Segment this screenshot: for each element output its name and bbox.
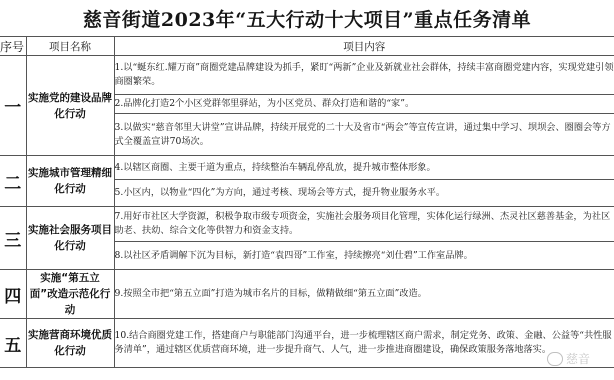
row-number: 二 [0, 156, 26, 207]
project-item: 1.以“蜒东红.耀万商”商圈党建品牌建设为抓手，紧盯“两新”企业及新就业社会群体… [114, 56, 614, 95]
project-name: 实施“第五立面”改造示范化行动 [26, 270, 114, 319]
table-row: 二 实施城市管理精细化行动 4.以辖区商圈、主要干道为重点，持续整治车辆乱停乱放… [0, 156, 614, 180]
table-row: 三 实施社会服务项目化行动 7.用好市社区大学资源，积极争取市级专项资金，实施社… [0, 207, 614, 242]
table-row: 四 实施“第五立面”改造示范化行动 9.按照全市把“第五立面”打造为城市名片的目… [0, 270, 614, 319]
project-item: 3.以做实“慈音邻里大讲堂”宣讲品牌，持续开展党的二十大及省市“两会”等宣传宣讲… [114, 114, 614, 156]
table-header-row: 序号 项目名称 项目内容 [0, 37, 614, 56]
project-name: 实施城市管理精细化行动 [26, 156, 114, 207]
project-item: 9.按照全市把“第五立面”打造为城市名片的目标，做精做细“第五立面”改造。 [114, 270, 614, 319]
project-name: 实施社会服务项目化行动 [26, 207, 114, 270]
project-item: 10.结合商圈党建工作，搭建商户与职能部门沟通平台，进一步梳理辖区商户需求，制定… [114, 319, 614, 368]
project-item: 8.以社区矛盾调解下沉为目标，新打造“袁四哥”工作室，持续擦亮“刘仕碧”工作室品… [114, 242, 614, 270]
task-table: 序号 项目名称 项目内容 一 实施党的建设品牌化行动 1.以“蜒东红.耀万商”商… [0, 36, 614, 368]
project-item: 7.用好市社区大学资源，积极争取市级专项资金，实施社会服务项目化管理，实体化运行… [114, 207, 614, 242]
row-number: 五 [0, 319, 26, 368]
header-no: 序号 [0, 37, 26, 56]
row-number: 四 [0, 270, 26, 319]
table-row: 一 实施党的建设品牌化行动 1.以“蜒东红.耀万商”商圈党建品牌建设为抓手，紧盯… [0, 56, 614, 95]
wechat-icon [547, 352, 563, 366]
table-row: 五 实施营商环境优质化行动 10.结合商圈党建工作，搭建商户与职能部门沟通平台，… [0, 319, 614, 368]
row-number: 三 [0, 207, 26, 270]
project-item: 5.小区内，以物业“四化”为方向，通过考核、现场会等方式，提升物业服务水平。 [114, 180, 614, 207]
watermark: 慈音 [547, 350, 590, 367]
project-item: 4.以辖区商圈、主要干道为重点，持续整治车辆乱停乱放，提升城市整体形象。 [114, 156, 614, 180]
watermark-text: 慈音 [566, 350, 590, 367]
project-name: 实施党的建设品牌化行动 [26, 56, 114, 156]
row-number: 一 [0, 56, 26, 156]
page-title: 慈音街道2023年“五大行动十大项目”重点任务清单 [0, 5, 614, 32]
project-name: 实施营商环境优质化行动 [26, 319, 114, 368]
project-item: 2.品牌化打造2个小区党群邻里驿站，为小区党员、群众打造和谐的“家”。 [114, 95, 614, 114]
header-content: 项目内容 [114, 37, 614, 56]
header-name: 项目名称 [26, 37, 114, 56]
